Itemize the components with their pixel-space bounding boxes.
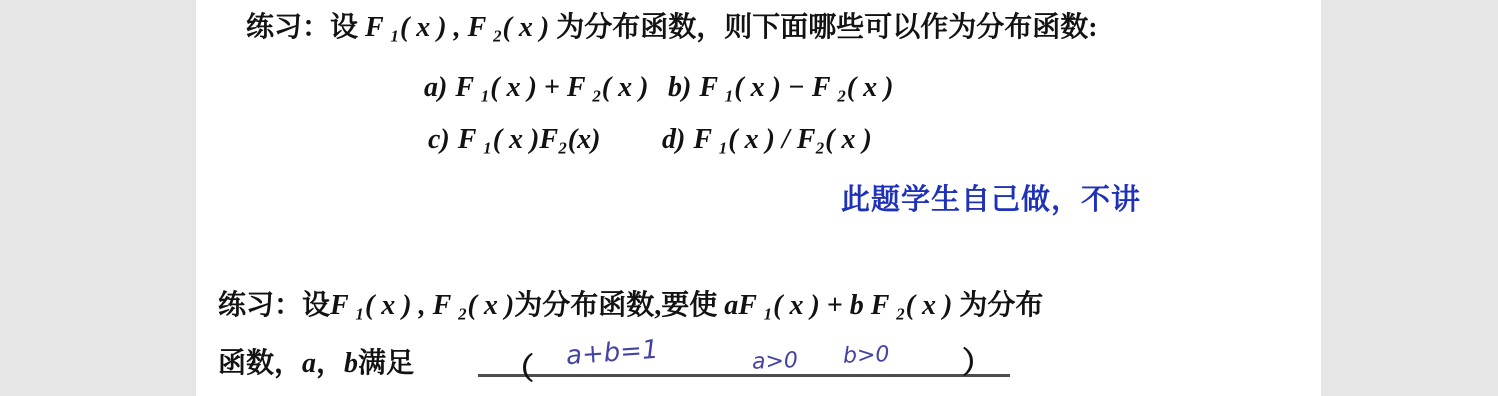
option-c: c)F ₁( x )F₂(x) [428, 122, 600, 158]
e2-text-3: 为分布 [952, 290, 1043, 321]
prompt-text-2: 为分布函数，则下面哪些可以作为分布函数: [549, 12, 1097, 43]
option-d-label: d) [662, 124, 685, 155]
option-a: a)F ₁( x ) + F ₂( x ) [424, 70, 648, 106]
exercise2-line2: 函数，a，b满足 [218, 346, 414, 382]
option-d-expr: F ₁( x ) / F₂( x ) [693, 124, 871, 155]
e2l2-text-2: 满足 [358, 348, 414, 379]
handwriting-b-positive: b>0 [843, 342, 890, 369]
option-a-expr: F ₁( x ) + F ₂( x ) [455, 72, 648, 103]
e2l2-text-1: 函数， [218, 348, 302, 379]
exercise1-prompt: 练习：设 F ₁( x ) , F ₂( x ) 为分布函数，则下面哪些可以作为… [246, 10, 1098, 46]
option-b-expr: F ₁( x ) − F ₂( x ) [699, 72, 893, 103]
teacher-note: 此题学生自己做，不讲 [841, 183, 1141, 217]
e2-math-2: aF ₁( x ) + b F ₂( x ) [724, 290, 952, 321]
e2l2-var-a: a [302, 348, 316, 379]
document-page [196, 0, 1321, 396]
option-b: b)F ₁( x ) − F ₂( x ) [668, 70, 893, 106]
e2-text-2: 为分布函数,要使 [514, 290, 724, 321]
handwriting-a-positive: a>0 [752, 348, 799, 375]
paren-open: （ [504, 344, 534, 388]
option-c-expr: F ₁( x )F₂(x) [458, 124, 601, 155]
e2-math-1: F ₁( x ) , F ₂( x ) [330, 290, 514, 321]
paren-close: ） [962, 338, 992, 382]
prompt-math: F ₁( x ) , F ₂( x ) [365, 12, 549, 43]
exercise2-line1: 练习：设F ₁( x ) , F ₂( x )为分布函数,要使 aF ₁( x … [218, 288, 1043, 324]
answer-blank-underline [478, 374, 1010, 377]
e2l2-var-b: b [344, 348, 358, 379]
option-c-label: c) [428, 124, 450, 155]
e2l2-comma: ， [316, 348, 344, 379]
option-b-label: b) [668, 72, 691, 103]
prompt-text: 练习：设 [246, 12, 365, 43]
e2-text-1: 练习：设 [218, 290, 330, 321]
option-d: d)F ₁( x ) / F₂( x ) [662, 122, 872, 158]
option-a-label: a) [424, 72, 447, 103]
handwriting-a-plus-b: a+b=1 [565, 335, 659, 371]
